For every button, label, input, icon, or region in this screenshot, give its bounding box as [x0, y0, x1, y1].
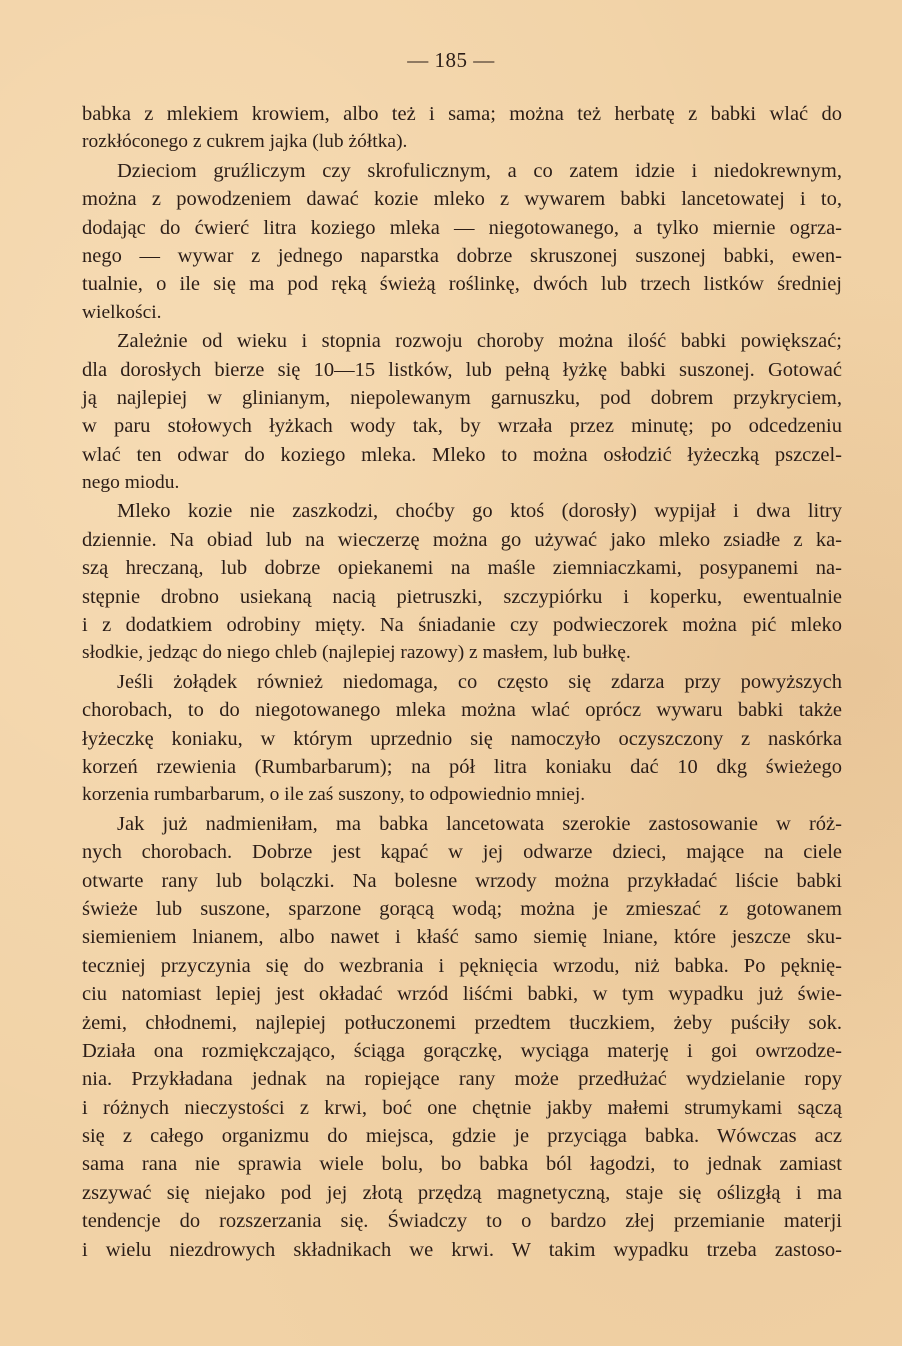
- text-line: i wielu niezdrowych składnikach we krwi.…: [82, 1236, 842, 1264]
- text-line: wielkości.: [82, 299, 842, 327]
- text-line: nego miodu.: [82, 469, 842, 497]
- text-line: nia. Przykładana jednak na ropiejące ran…: [82, 1065, 842, 1093]
- text-line: Mleko kozie nie zaszkodzi, choćby go kto…: [82, 497, 842, 525]
- paragraph: Jeśli żołądek również niedomaga, co częs…: [82, 668, 842, 810]
- text-line: ją najlepiej w glinianym, niepolewanym g…: [82, 384, 842, 412]
- text-line: teczniej przyczynia się do wezbrania i p…: [82, 952, 842, 980]
- text-line: korzeń rzewienia (Rumbarbarum); na pół l…: [82, 753, 842, 781]
- text-line: zszywać się niejako pod jej złotą przędz…: [82, 1179, 842, 1207]
- text-line: i różnych nieczystości z krwi, boć one c…: [82, 1094, 842, 1122]
- text-line: Jak już nadmieniłam, ma babka lancetowat…: [82, 810, 842, 838]
- text-line: dodając do ćwierć litra koziego mleka — …: [82, 214, 842, 242]
- text-line: szą hreczaną, lub dobrze opiekanemi na m…: [82, 554, 842, 582]
- text-line: łyżeczkę koniaku, w którym uprzednio się…: [82, 725, 842, 753]
- text-line: się z całego organizmu do miejsca, gdzie…: [82, 1122, 842, 1150]
- text-line: tualnie, o ile się ma pod ręką świeżą ro…: [82, 270, 842, 298]
- text-line: słodkie, jedząc do niego chleb (najlepie…: [82, 639, 842, 667]
- text-line: korzenia rumbarbarum, o ile zaś suszony,…: [82, 781, 842, 809]
- text-line: dziennie. Na obiad lub na wieczerzę możn…: [82, 526, 842, 554]
- text-line: tendencje do rozszerzania się. Świadczy …: [82, 1207, 842, 1235]
- text-line: dla dorosłych bierze się 10—15 listków, …: [82, 356, 842, 384]
- text-line: Dzieciom gruźliczym czy skrofulicznym, a…: [82, 157, 842, 185]
- text-line: Działa ona rozmiękczająco, ściąga gorącz…: [82, 1037, 842, 1065]
- text-line: sama rana nie sprawia wiele bolu, bo bab…: [82, 1150, 842, 1178]
- text-line: i z dodatkiem odrobiny mięty. Na śniadan…: [82, 611, 842, 639]
- paragraph: Mleko kozie nie zaszkodzi, choćby go kto…: [82, 497, 842, 667]
- paragraph: Dzieciom gruźliczym czy skrofulicznym, a…: [82, 157, 842, 327]
- text-line: babka z mlekiem krowiem, albo też i sama…: [82, 100, 842, 128]
- text-line: nych chorobach. Dobrze jest kąpać w jej …: [82, 838, 842, 866]
- text-line: Zależnie od wieku i stopnia rozwoju chor…: [82, 327, 842, 355]
- text-line: wlać ten odwar do koziego mleka. Mleko t…: [82, 441, 842, 469]
- text-line: stępnie drobno usiekaną nacią pietruszki…: [82, 583, 842, 611]
- text-line: otwarte rany lub bolączki. Na bolesne wr…: [82, 867, 842, 895]
- text-line: świeże lub suszone, sparzone gorącą wodą…: [82, 895, 842, 923]
- paragraph: Zależnie od wieku i stopnia rozwoju chor…: [82, 327, 842, 497]
- text-line: żemi, chłodnemi, najlepiej potłuczonemi …: [82, 1009, 842, 1037]
- text-line: w paru stołowych łyżkach wody tak, by wr…: [82, 412, 842, 440]
- page-number: — 185 —: [0, 48, 902, 73]
- text-line: chorobach, to do niegotowanego mleka moż…: [82, 696, 842, 724]
- text-line: ciu natomiast lepiej jest okładać wrzód …: [82, 980, 842, 1008]
- text-line: można z powodzeniem dawać kozie mleko z …: [82, 185, 842, 213]
- paragraph: babka z mlekiem krowiem, albo też i sama…: [82, 100, 842, 157]
- text-line: nego — wywar z jednego naparstka dobrze …: [82, 242, 842, 270]
- text-line: Jeśli żołądek również niedomaga, co częs…: [82, 668, 842, 696]
- paragraph: Jak już nadmieniłam, ma babka lancetowat…: [82, 810, 842, 1264]
- text-line: siemieniem lnianem, albo nawet i kłaść s…: [82, 923, 842, 951]
- body-text: babka z mlekiem krowiem, albo też i sama…: [82, 100, 842, 1264]
- text-line: rozkłóconego z cukrem jajka (lub żółtka)…: [82, 128, 842, 156]
